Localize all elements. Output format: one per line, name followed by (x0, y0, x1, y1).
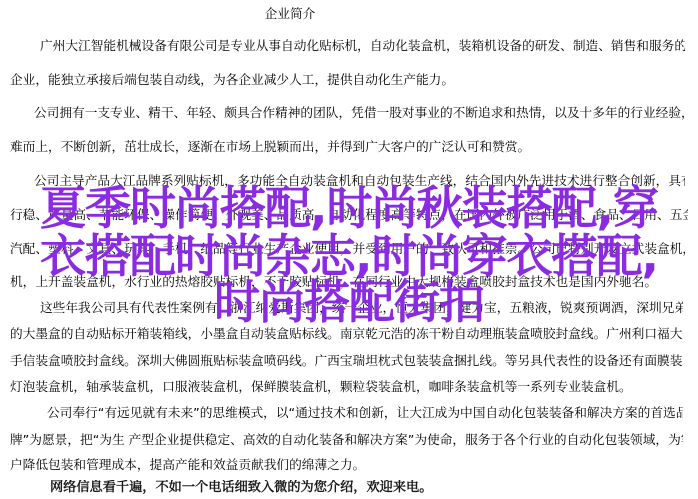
paragraph-line: 机，上开盖装盒机，水行业的热熔胶贴标机，不干胶贴标机，在同行业中大规格装盒喷胶封… (10, 274, 685, 290)
contact-callout-line: 网络信息看千遍，不如一个电话细致入微的为您介绍，欢迎来电。 (50, 480, 683, 496)
paragraph-line: 公司奉行“有远见就有未来”的思维模式，以“通过技术和创新，让大江成为中国自动化包… (47, 405, 683, 421)
paragraph-line: 灯泡装盒机，轴承装盒机，口服液装盒机，保鲜膜装盒机，颗粒袋装盒机，咖啡条装盒机等… (10, 379, 683, 395)
paragraph-line: 手信装盒喷胶封盒线。深圳大佛圆瓶贴标装盒喷码线。广西宝瑞坦枕式包装装盒捆扎线。等… (10, 353, 683, 369)
page-title: 企业简介 (240, 6, 340, 22)
paragraph-line: 户降低包装和管理成本，提高产能和效益贡献我们的绵薄之力。 (10, 457, 683, 473)
paragraph-line: 广州大江智能机械设备有限公司是专业从事自动化贴标机，自动化装盒机，装箱机设备的研… (40, 38, 685, 54)
paragraph-line: 行稳、产量高、节能环保、操作简便、外观美、品质高、自动化程度高等特点，在国内外被… (10, 207, 688, 223)
paragraph-line: 的大墨盒的自动贴标开箱装箱线，小墨盒自动装盒贴标线。南京乾元浩的冻干粉自动理瓶装… (10, 326, 683, 342)
paragraph-line: 牌”为愿景，把“为生 产型企业提供稳定、高效的自动化装备和解决方案”为使命，服务… (10, 432, 683, 448)
paragraph-line: 公司拥有一支专业、精干、年轻、颇具合作精神的团队，凭借一股对事业的不断追求和热情… (34, 105, 685, 121)
paragraph-line: 企业，能独立承接后端包装自动线，为各企业减少人工，提供自动化生产能力。 (10, 72, 685, 88)
paragraph-line: 公司主导产品大江品牌系列贴标机，多功能全自动装盒机和自动包装生产线，结合国内外先… (34, 173, 685, 189)
paragraph-line: 汽配、塑料、文具、玩具、手机、纸品等行业生产企业使用，并受到用户的一致认可和推崇… (10, 241, 685, 257)
paragraph-line: 难而上，不断创新，茁壮成长，逐渐在市场上脱颖而出，并得到广大客户的广泛认可和赞赏… (10, 139, 685, 155)
paragraph-line: 这些年我公司具有代表性案例有：浙江纳爱斯集团，统一企业，恒大集团，健力宝，五粮液… (40, 300, 683, 316)
